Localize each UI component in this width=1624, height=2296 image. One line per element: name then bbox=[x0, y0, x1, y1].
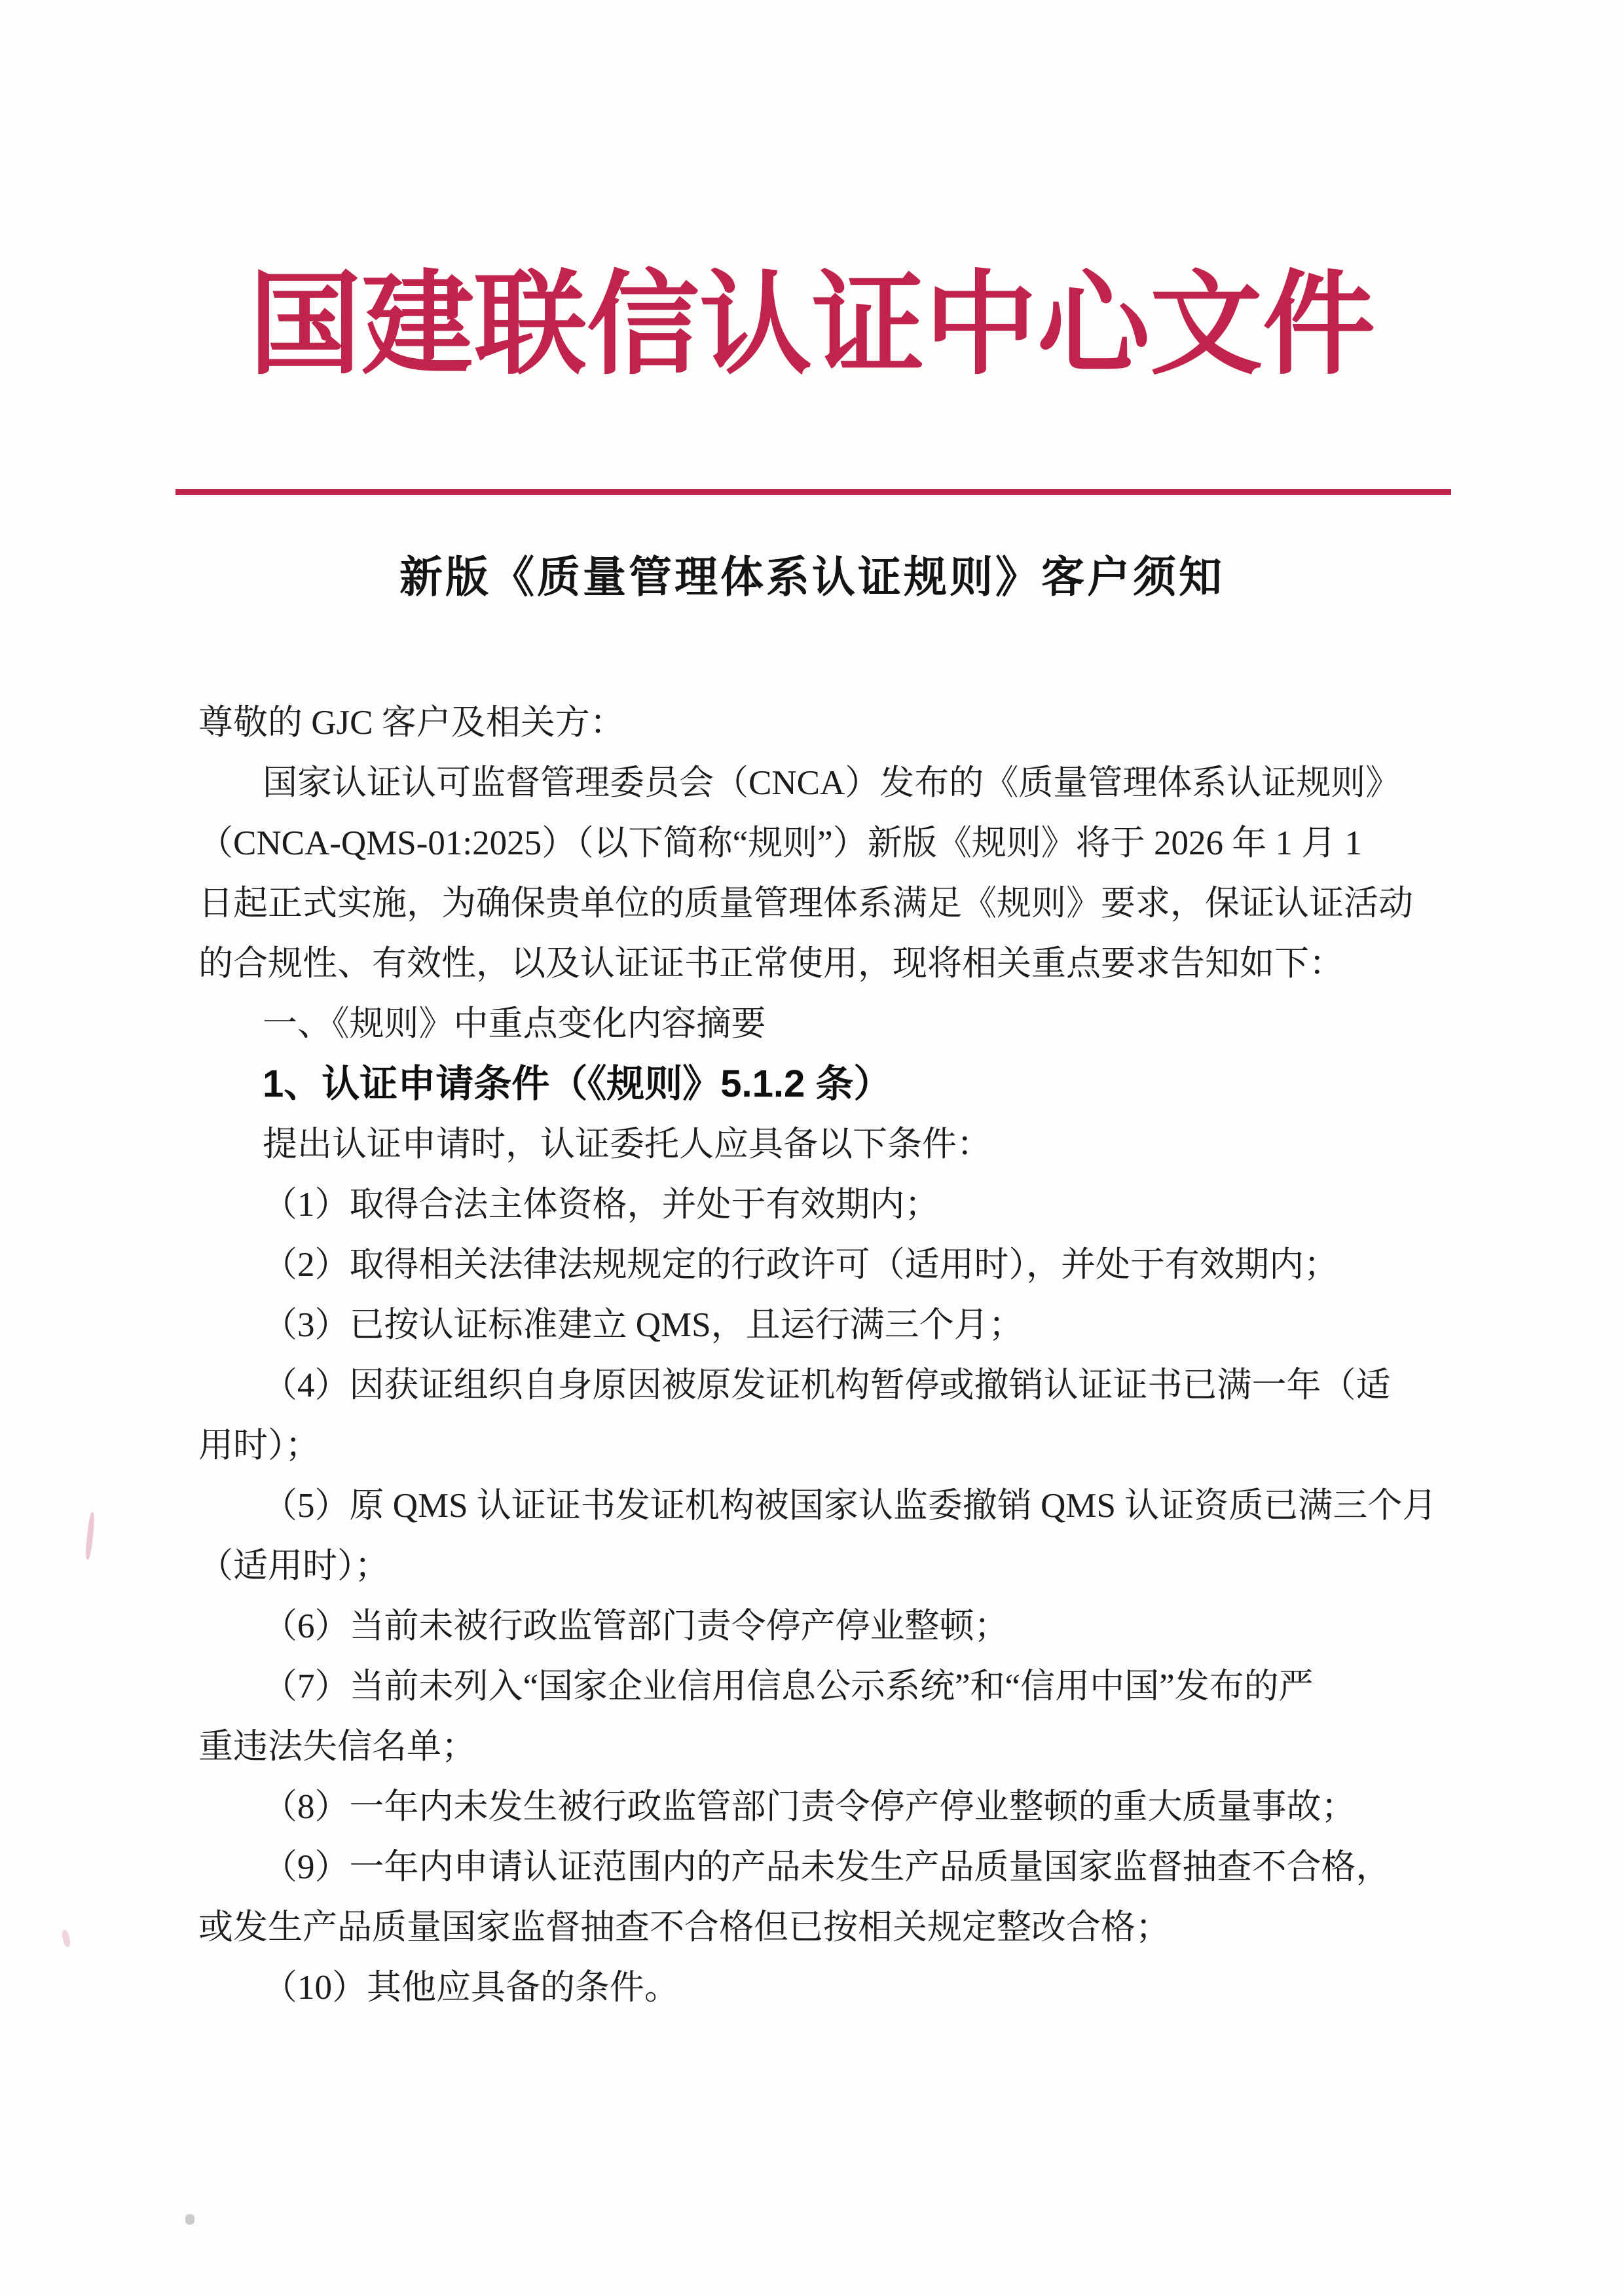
list-item-continuation: （适用时）； bbox=[198, 1536, 1433, 1596]
document-title: 新版《质量管理体系认证规则》客户须知 bbox=[0, 542, 1624, 604]
scan-artifact bbox=[61, 1929, 71, 1948]
body-line: （CNCA-QMS-01:2025）（以下简称“规则”）新版《规则》将于 202… bbox=[198, 813, 1433, 873]
list-item-continuation: 或发生产品质量国家监督抽查不合格但已按相关规定整改合格； bbox=[198, 1897, 1433, 1958]
document-body: 尊敬的 GJC 客户及相关方： 国家认证认可监督管理委员会（CNCA）发布的《质… bbox=[198, 693, 1433, 2018]
body-line: 国家认证认可监督管理委员会（CNCA）发布的《质量管理体系认证规则》 bbox=[198, 753, 1433, 813]
salutation-line: 尊敬的 GJC 客户及相关方： bbox=[198, 693, 1433, 753]
list-item: （1）取得合法主体资格，并处于有效期内； bbox=[198, 1175, 1433, 1235]
list-item-continuation: 重违法失信名单； bbox=[198, 1717, 1433, 1777]
body-line: 提出认证申请时，认证委托人应具备以下条件： bbox=[198, 1114, 1433, 1175]
list-item: （6）当前未被行政监管部门责令停产停业整顿； bbox=[198, 1596, 1433, 1656]
list-item: （3）已按认证标准建立 QMS，且运行满三个月； bbox=[198, 1295, 1433, 1355]
scan-artifact bbox=[84, 1512, 95, 1560]
list-item: （4）因获证组织自身原因被原发证机构暂停或撤销认证证书已满一年（适 bbox=[198, 1355, 1433, 1415]
section-heading: 1、认证申请条件（《规则》5.1.2 条） bbox=[198, 1054, 1433, 1114]
list-item: （5）原 QMS 认证证书发证机构被国家认监委撤销 QMS 认证资质已满三个月 bbox=[198, 1476, 1433, 1536]
section-title: 一、《规则》中重点变化内容摘要 bbox=[198, 994, 1433, 1054]
body-line: 日起正式实施，为确保贵单位的质量管理体系满足《规则》要求，保证认证活动 bbox=[198, 873, 1433, 934]
document-page: 国建联信认证中心文件 新版《质量管理体系认证规则》客户须知 尊敬的 GJC 客户… bbox=[0, 0, 1624, 2296]
list-item: （9）一年内申请认证范围内的产品未发生产品质量国家监督抽查不合格， bbox=[198, 1837, 1433, 1897]
list-item-continuation: 用时）； bbox=[198, 1415, 1433, 1476]
red-divider-rule bbox=[175, 489, 1451, 495]
list-item: （8）一年内未发生被行政监管部门责令停产停业整顿的重大质量事故； bbox=[198, 1777, 1433, 1837]
list-item: （10）其他应具备的条件。 bbox=[198, 1958, 1433, 2018]
scan-artifact bbox=[185, 2214, 194, 2225]
letterhead-title: 国建联信认证中心文件 bbox=[0, 234, 1624, 396]
list-item: （7）当前未列入“国家企业信用信息公示系统”和“信用中国”发布的严 bbox=[198, 1656, 1433, 1717]
list-item: （2）取得相关法律法规规定的行政许可（适用时），并处于有效期内； bbox=[198, 1235, 1433, 1295]
body-line: 的合规性、有效性，以及认证证书正常使用，现将相关重点要求告知如下： bbox=[198, 934, 1433, 994]
